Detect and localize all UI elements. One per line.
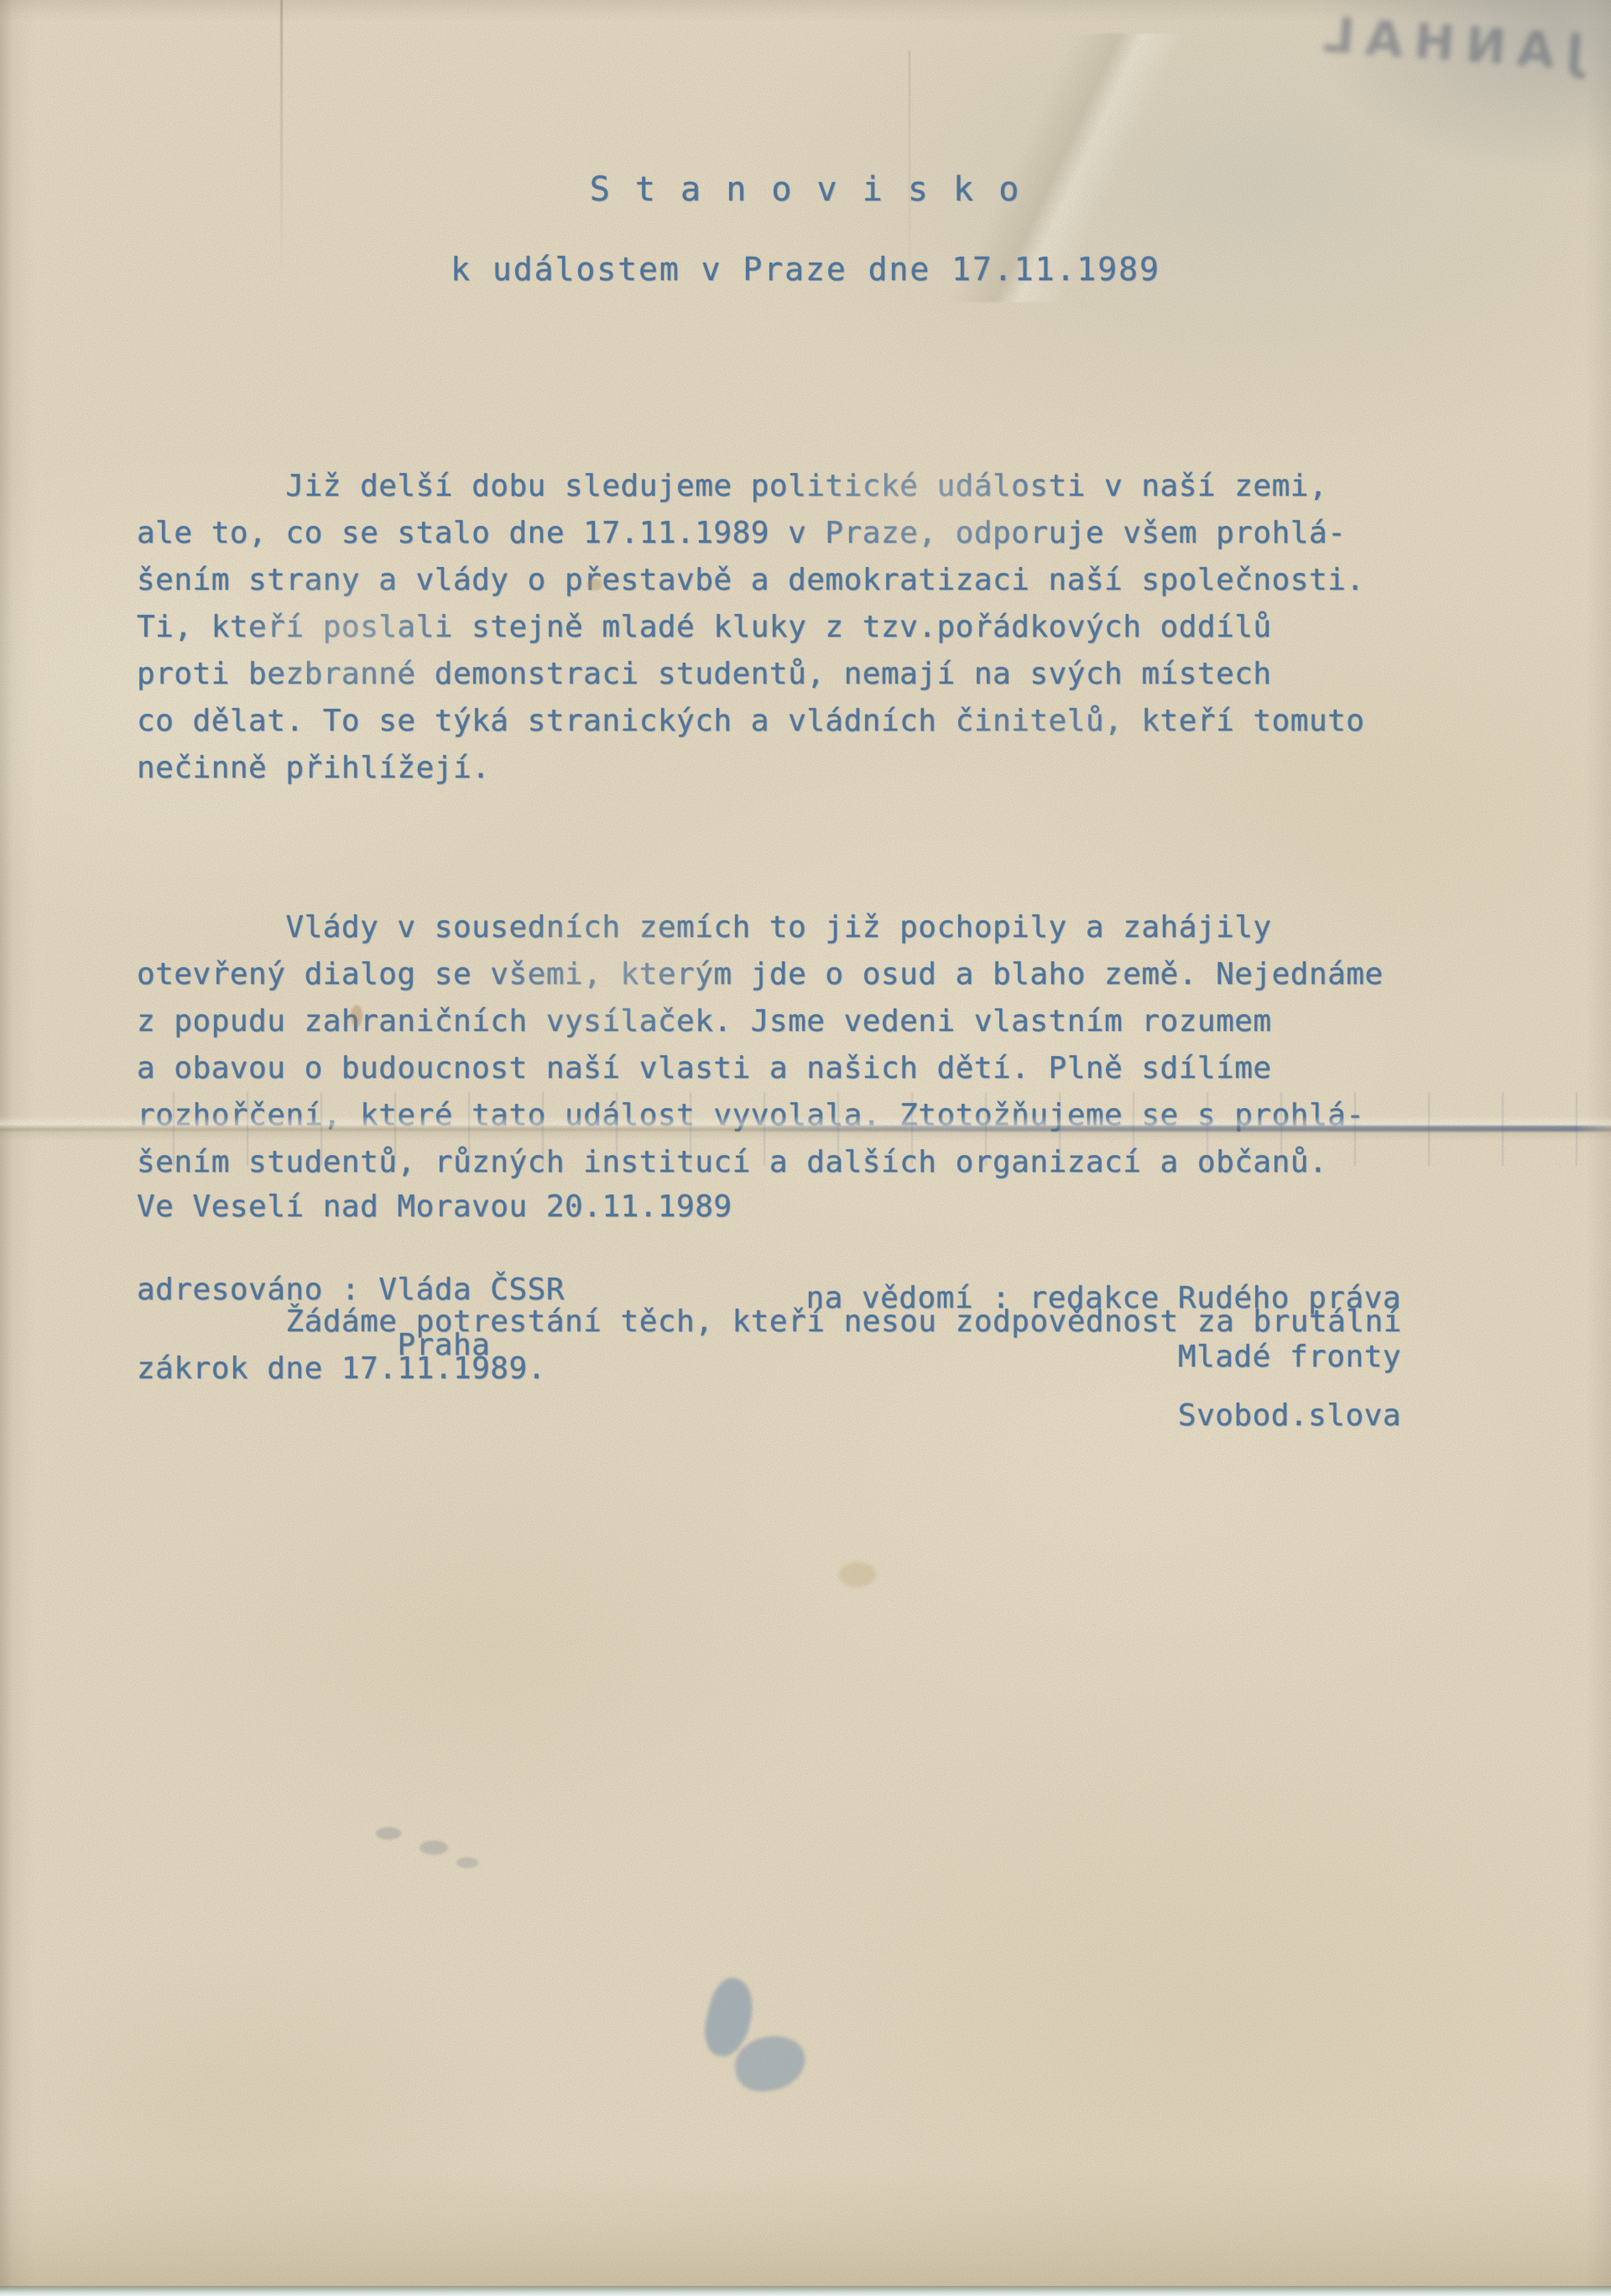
document-title: S t a n o v i s k o — [0, 170, 1611, 209]
scanned-letter-page: JANHAL S t a n o v i s k o k událostem v… — [0, 0, 1611, 2296]
fold-crease-ink-line — [722, 1126, 1611, 1132]
scanner-streak — [280, 0, 283, 277]
addressee-block: adresováno : Vláda ČSSR Praha — [137, 1263, 565, 1373]
scan-bottom-edge — [0, 2286, 1611, 2296]
place-date-line: Ve Veselí nad Moravou 20.11.1989 — [137, 1190, 733, 1224]
pencil-speck — [376, 1827, 401, 1840]
pencil-speck — [420, 1840, 448, 1855]
paper-stain — [839, 1562, 876, 1587]
paper-stain — [351, 1005, 362, 1027]
document-subtitle: k událostem v Praze dne 17.11.1989 — [0, 251, 1611, 288]
paragraph-1: Již delší dobu sledujeme politické událo… — [137, 463, 1496, 792]
paper-stain — [587, 579, 602, 591]
cc-block: na vědomí : redakce Rudého práva Mladé f… — [789, 1269, 1401, 1445]
blue-ink-blot — [732, 2032, 809, 2095]
pencil-speck — [456, 1857, 478, 1868]
